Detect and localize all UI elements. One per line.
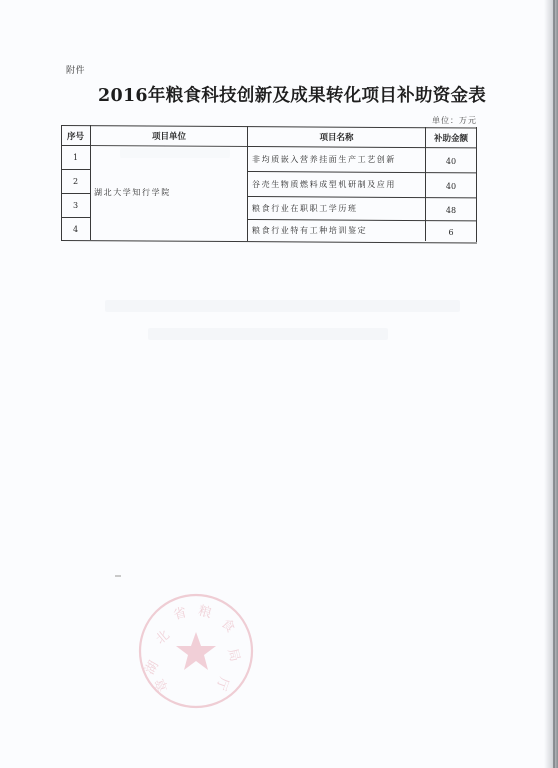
- stray-mark: [115, 575, 121, 577]
- seq-cell: 1: [61, 146, 90, 169]
- unit-name-cell: 湖北大学知行学院: [91, 182, 246, 202]
- seq-cell: 4: [61, 218, 90, 240]
- amount-cell: 40: [426, 174, 476, 198]
- project-name-cell: 谷壳生物质燃料成型机研制及应用: [248, 172, 424, 196]
- header-project: 项目名称: [248, 127, 425, 146]
- project-name-cell: 非均质嵌入营养挂面生产工艺创新: [248, 148, 424, 171]
- svg-text:食: 食: [218, 616, 238, 636]
- svg-text:局: 局: [224, 647, 242, 663]
- amount-cell: 6: [426, 222, 476, 243]
- official-seal-icon: 湖 北 省 粮 食 局 厅 章: [135, 590, 257, 712]
- header-unit: 项目单位: [91, 126, 247, 145]
- svg-text:厅: 厅: [213, 675, 232, 692]
- seq-cell: 3: [61, 194, 90, 217]
- svg-text:北: 北: [153, 628, 173, 648]
- subsidy-table: 序号 项目单位 项目名称 补助金额 1 2 3 4 湖北大学知行学院 非均质嵌入…: [0, 0, 558, 768]
- scan-edge-shadow: [544, 0, 558, 768]
- table-border-right: [476, 127, 477, 242]
- header-amount: 补助金额: [426, 128, 476, 147]
- svg-text:粮: 粮: [197, 603, 214, 622]
- header-divider: [90, 145, 247, 147]
- project-name-cell: 粮食行业特有工种培训鉴定: [248, 220, 424, 241]
- scanned-page: 附件 2016年粮食科技创新及成果转化项目补助资金表 单位：万元 序号 项目单位…: [0, 0, 558, 768]
- svg-text:省: 省: [172, 604, 189, 623]
- project-name-cell: 粮食行业在职职工学历班: [248, 197, 424, 219]
- svg-text:章: 章: [152, 676, 171, 694]
- amount-cell: 40: [426, 150, 476, 173]
- header-seq: 序号: [61, 126, 90, 145]
- scan-edge-line: [553, 0, 555, 768]
- seq-cell: 2: [61, 170, 90, 193]
- amount-cell: 48: [426, 199, 476, 221]
